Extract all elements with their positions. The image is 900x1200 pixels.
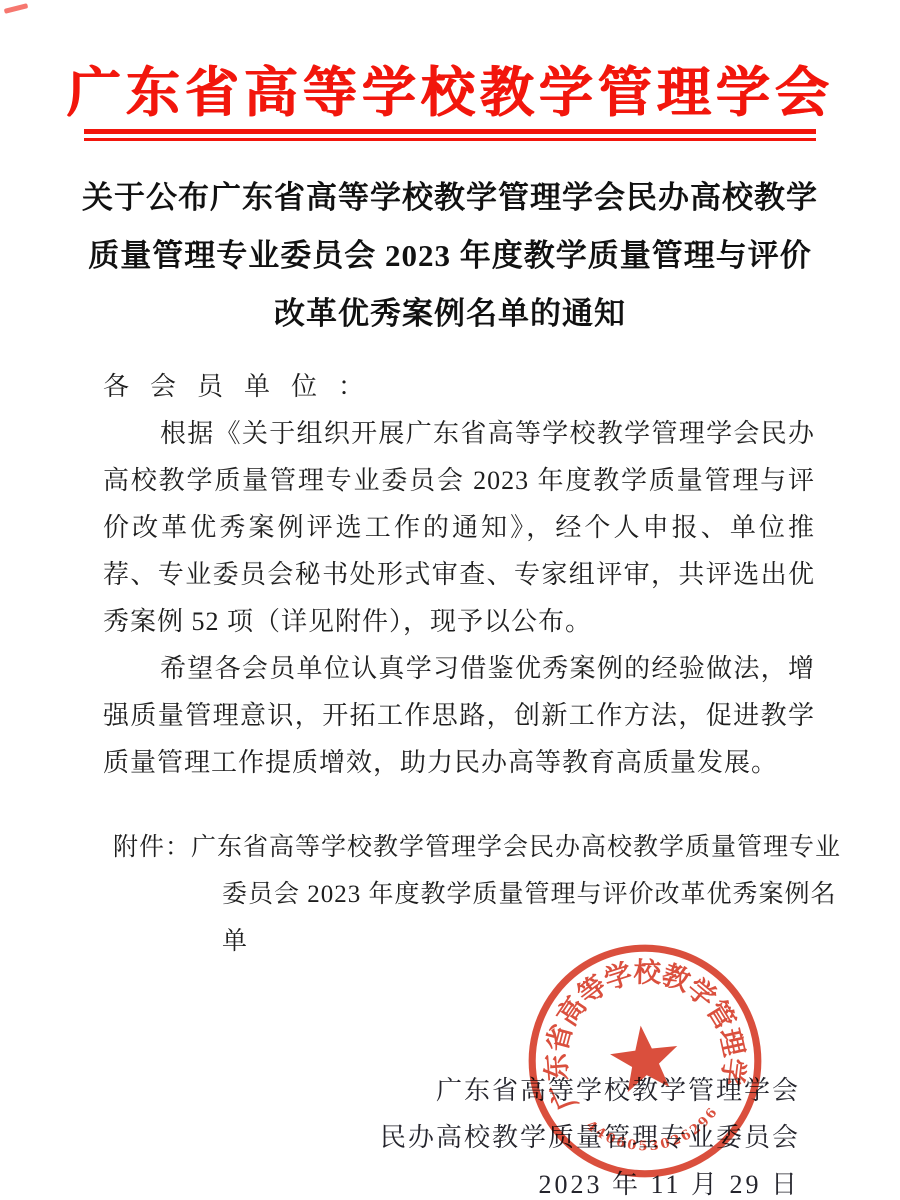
document-title: 关于公布广东省高等学校教学管理学会民办高校教学 质量管理专业委员会 2023 年… — [0, 169, 900, 343]
document-title-line-2: 质量管理专业委员会 2023 年度教学质量管理与评价 — [0, 227, 900, 285]
attachment-label: 附件： — [113, 834, 191, 861]
salutation: 各会员单位： — [103, 363, 815, 410]
official-notice-page: 广东省高等学校教学管理学会 关于公布广东省高等学校教学管理学会民办高校教学 质量… — [0, 0, 900, 1200]
document-title-line-1: 关于公布广东省高等学校教学管理学会民办高校教学 — [0, 169, 900, 227]
attachment-note: 附件：广东省高等学校教学管理学会民办高校教学质量管理专业委员会 2023 年度教… — [103, 824, 860, 965]
attachment-text: 广东省高等学校教学管理学会民办高校教学质量管理专业委员会 2023 年度教学质量… — [191, 834, 841, 955]
signature-block: 广东省高等学校教学管理学会 民办高校教学质量管理专业委员会 2023 年 11 … — [0, 1067, 800, 1200]
body-paragraph-1: 根据《关于组织开展广东省高等学校教学管理学会民办高校教学质量管理专业委员会 20… — [103, 410, 815, 645]
signature-org-line-2: 民办高校教学质量管理专业委员会 — [0, 1114, 800, 1161]
body-paragraph-2: 希望各会员单位认真学习借鉴优秀案例的经验做法，增强质量管理意识，开拓工作思路，创… — [103, 645, 815, 786]
document-body: 各会员单位： 根据《关于组织开展广东省高等学校教学管理学会民办高校教学质量管理专… — [103, 363, 815, 965]
signature-org-line-1: 广东省高等学校教学管理学会 — [0, 1067, 800, 1114]
letterhead: 广东省高等学校教学管理学会 — [0, 0, 900, 141]
signature-date: 2023 年 11 月 29 日 — [0, 1161, 800, 1200]
document-title-line-3: 改革优秀案例名单的通知 — [0, 285, 900, 343]
letterhead-double-rule — [84, 129, 816, 141]
letterhead-society-name: 广东省高等学校教学管理学会 — [0, 0, 900, 125]
